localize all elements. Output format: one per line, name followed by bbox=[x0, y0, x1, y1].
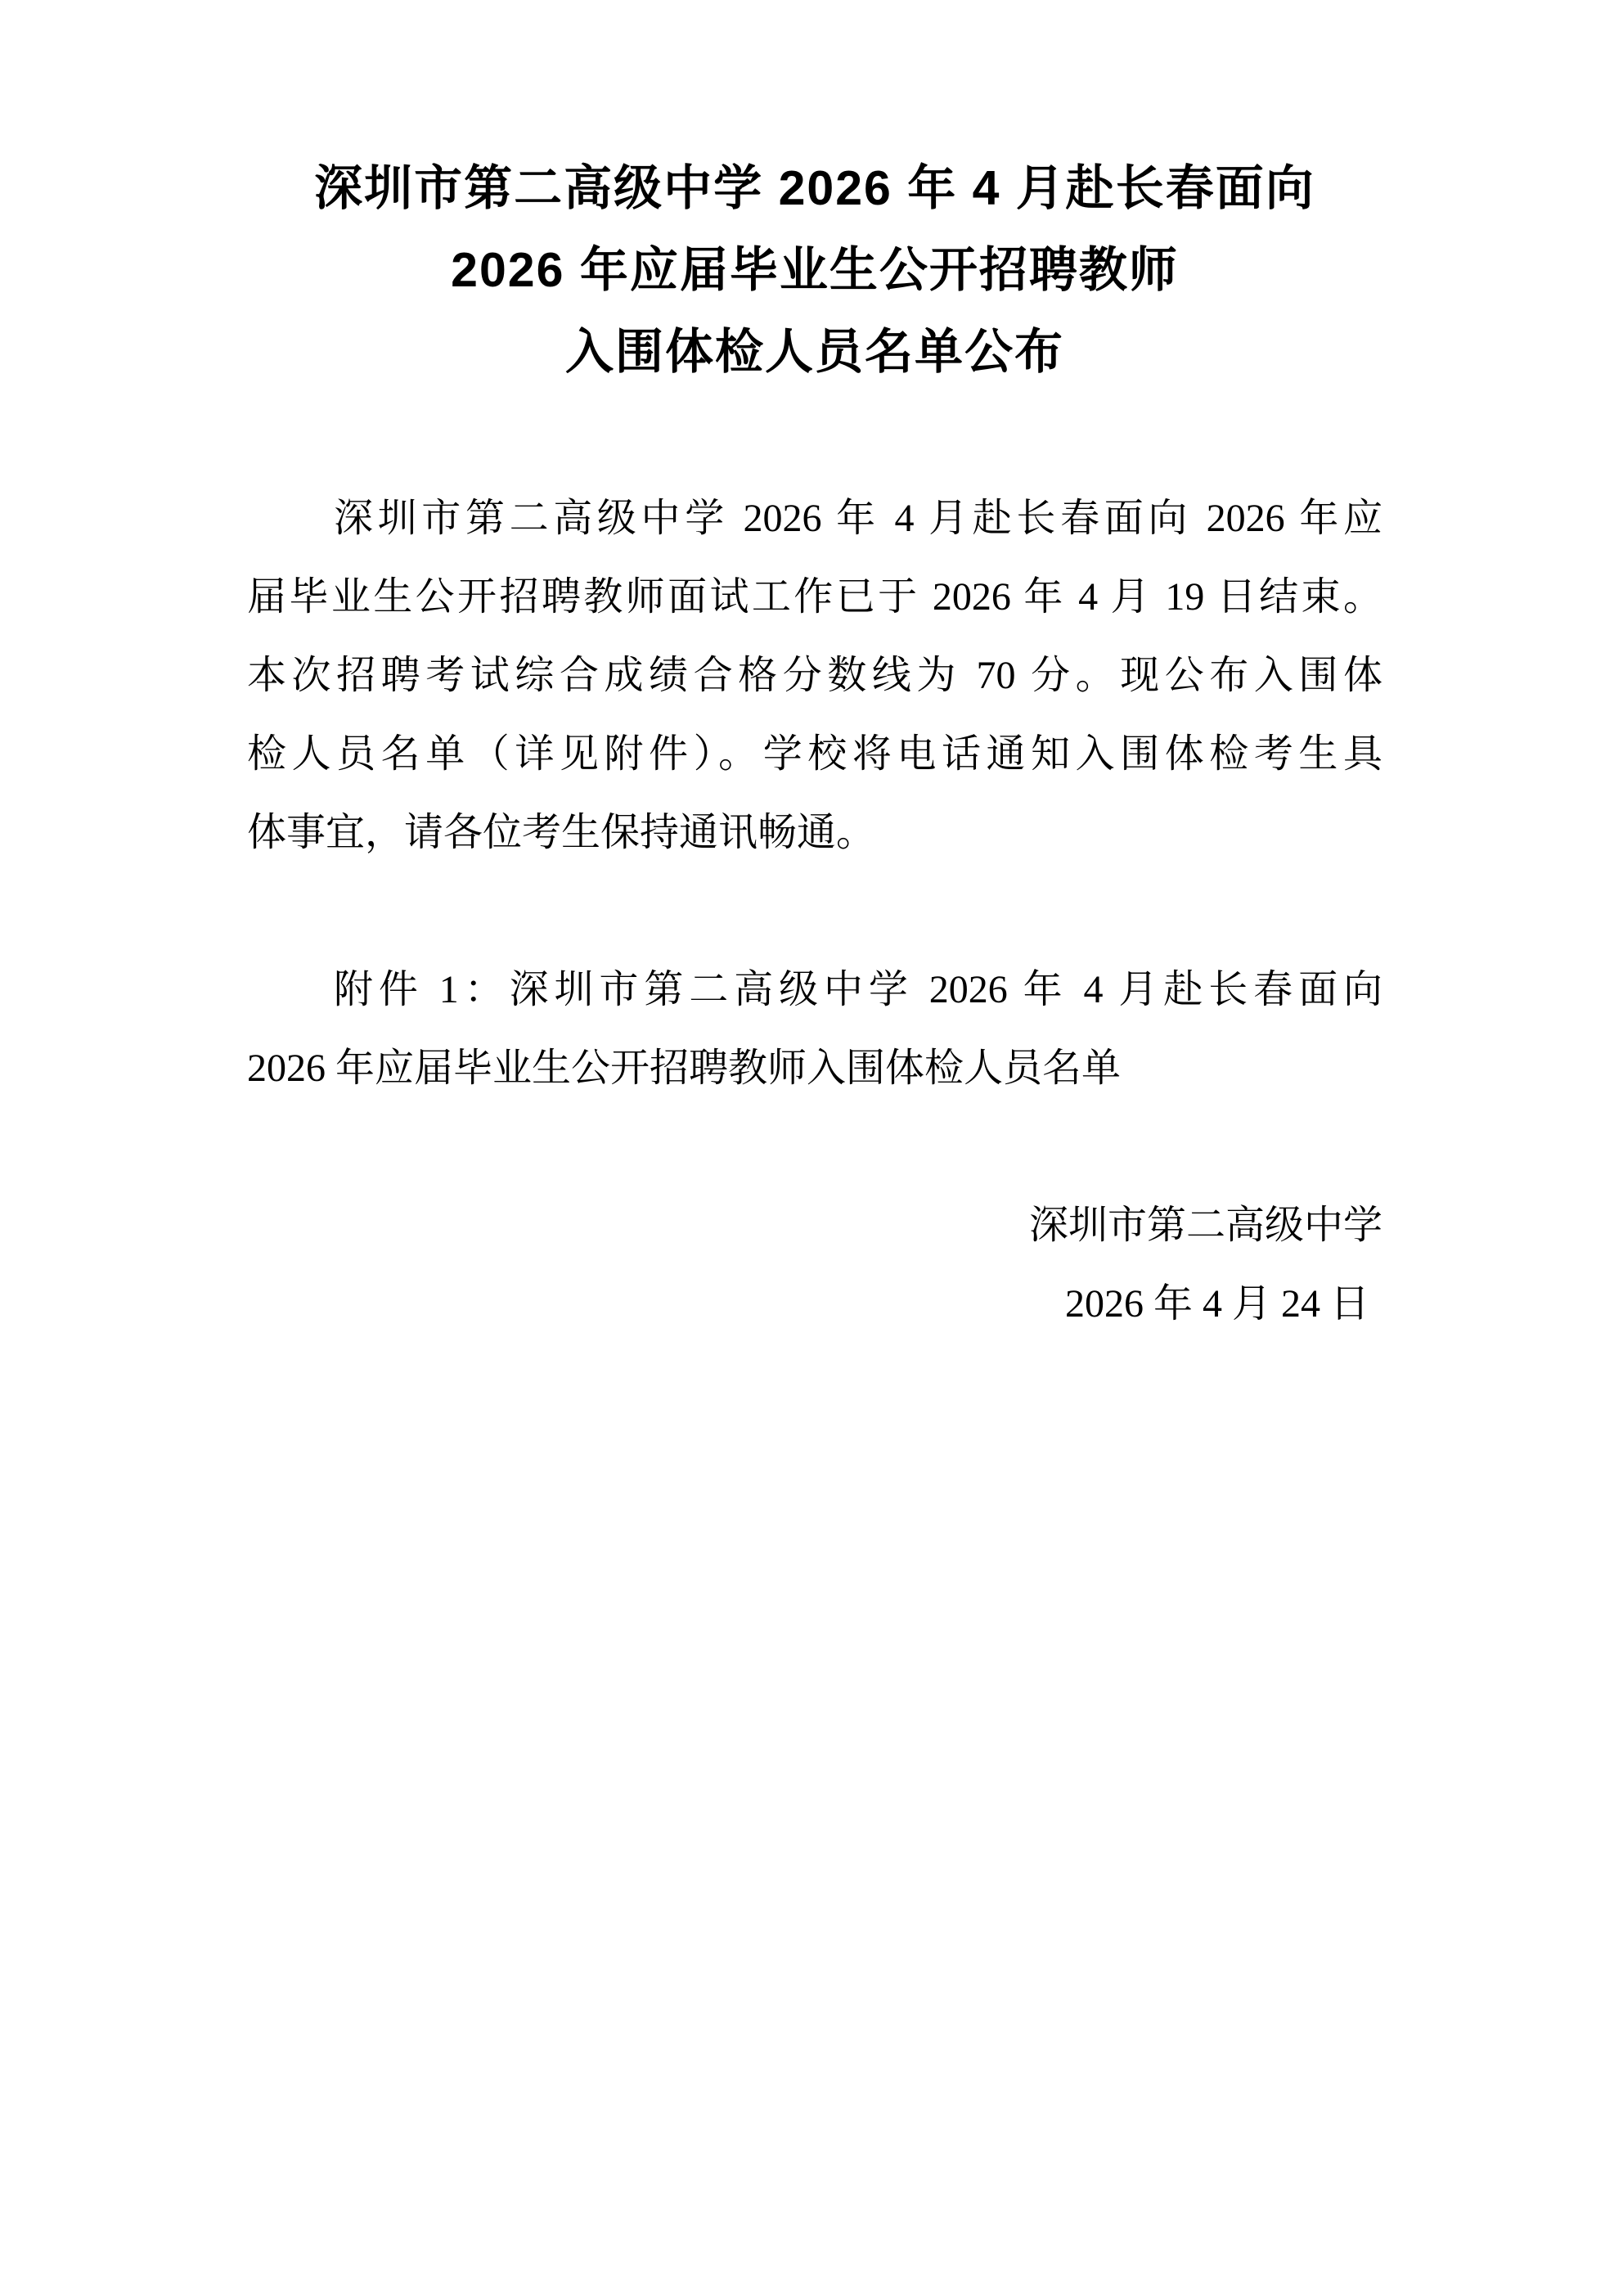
body-paragraph-line-5: 体事宜，请各位考生保持通讯畅通。 bbox=[247, 794, 1382, 872]
document-title: 深圳市第二高级中学 2026 年 4 月赴长春面向 2026 年应届毕业生公开招… bbox=[247, 0, 1382, 393]
attachment-line-2: 2026 年应届毕业生公开招聘教师入围体检人员名单 bbox=[247, 1029, 1382, 1108]
signature-organization: 深圳市第二高级中学 bbox=[247, 1186, 1382, 1265]
signature-block: 深圳市第二高级中学 2026 年 4 月 24 日 bbox=[247, 1186, 1382, 1344]
document-content: 深圳市第二高级中学 2026 年 4 月赴长春面向 2026 年应届毕业生公开招… bbox=[247, 0, 1382, 1344]
body-paragraph-line-3: 本次招聘考试综合成绩合格分数线为 70 分。现公布入围体 bbox=[247, 637, 1382, 715]
title-line-1: 深圳市第二高级中学 2026 年 4 月赴长春面向 bbox=[247, 147, 1382, 229]
document-page: 深圳市第二高级中学 2026 年 4 月赴长春面向 2026 年应届毕业生公开招… bbox=[0, 0, 1623, 2296]
body-paragraph-line-4: 检人员名单（详见附件）。学校将电话通知入围体检考生具 bbox=[247, 715, 1382, 794]
body-paragraph: 深圳市第二高级中学 2026 年 4 月赴长春面向 2026 年应 届毕业生公开… bbox=[247, 479, 1382, 872]
attachment-paragraph: 附件 1：深圳市第二高级中学 2026 年 4 月赴长春面向 2026 年应届毕… bbox=[247, 951, 1382, 1108]
attachment-line-1: 附件 1：深圳市第二高级中学 2026 年 4 月赴长春面向 bbox=[247, 951, 1382, 1029]
signature-date: 2026 年 4 月 24 日 bbox=[247, 1265, 1382, 1344]
title-line-3: 入围体检人员名单公布 bbox=[247, 311, 1382, 393]
body-paragraph-line-1: 深圳市第二高级中学 2026 年 4 月赴长春面向 2026 年应 bbox=[247, 479, 1382, 558]
title-line-2: 2026 年应届毕业生公开招聘教师 bbox=[247, 229, 1382, 311]
body-paragraph-line-2: 届毕业生公开招聘教师面试工作已于 2026 年 4 月 19 日结束。 bbox=[247, 558, 1382, 637]
